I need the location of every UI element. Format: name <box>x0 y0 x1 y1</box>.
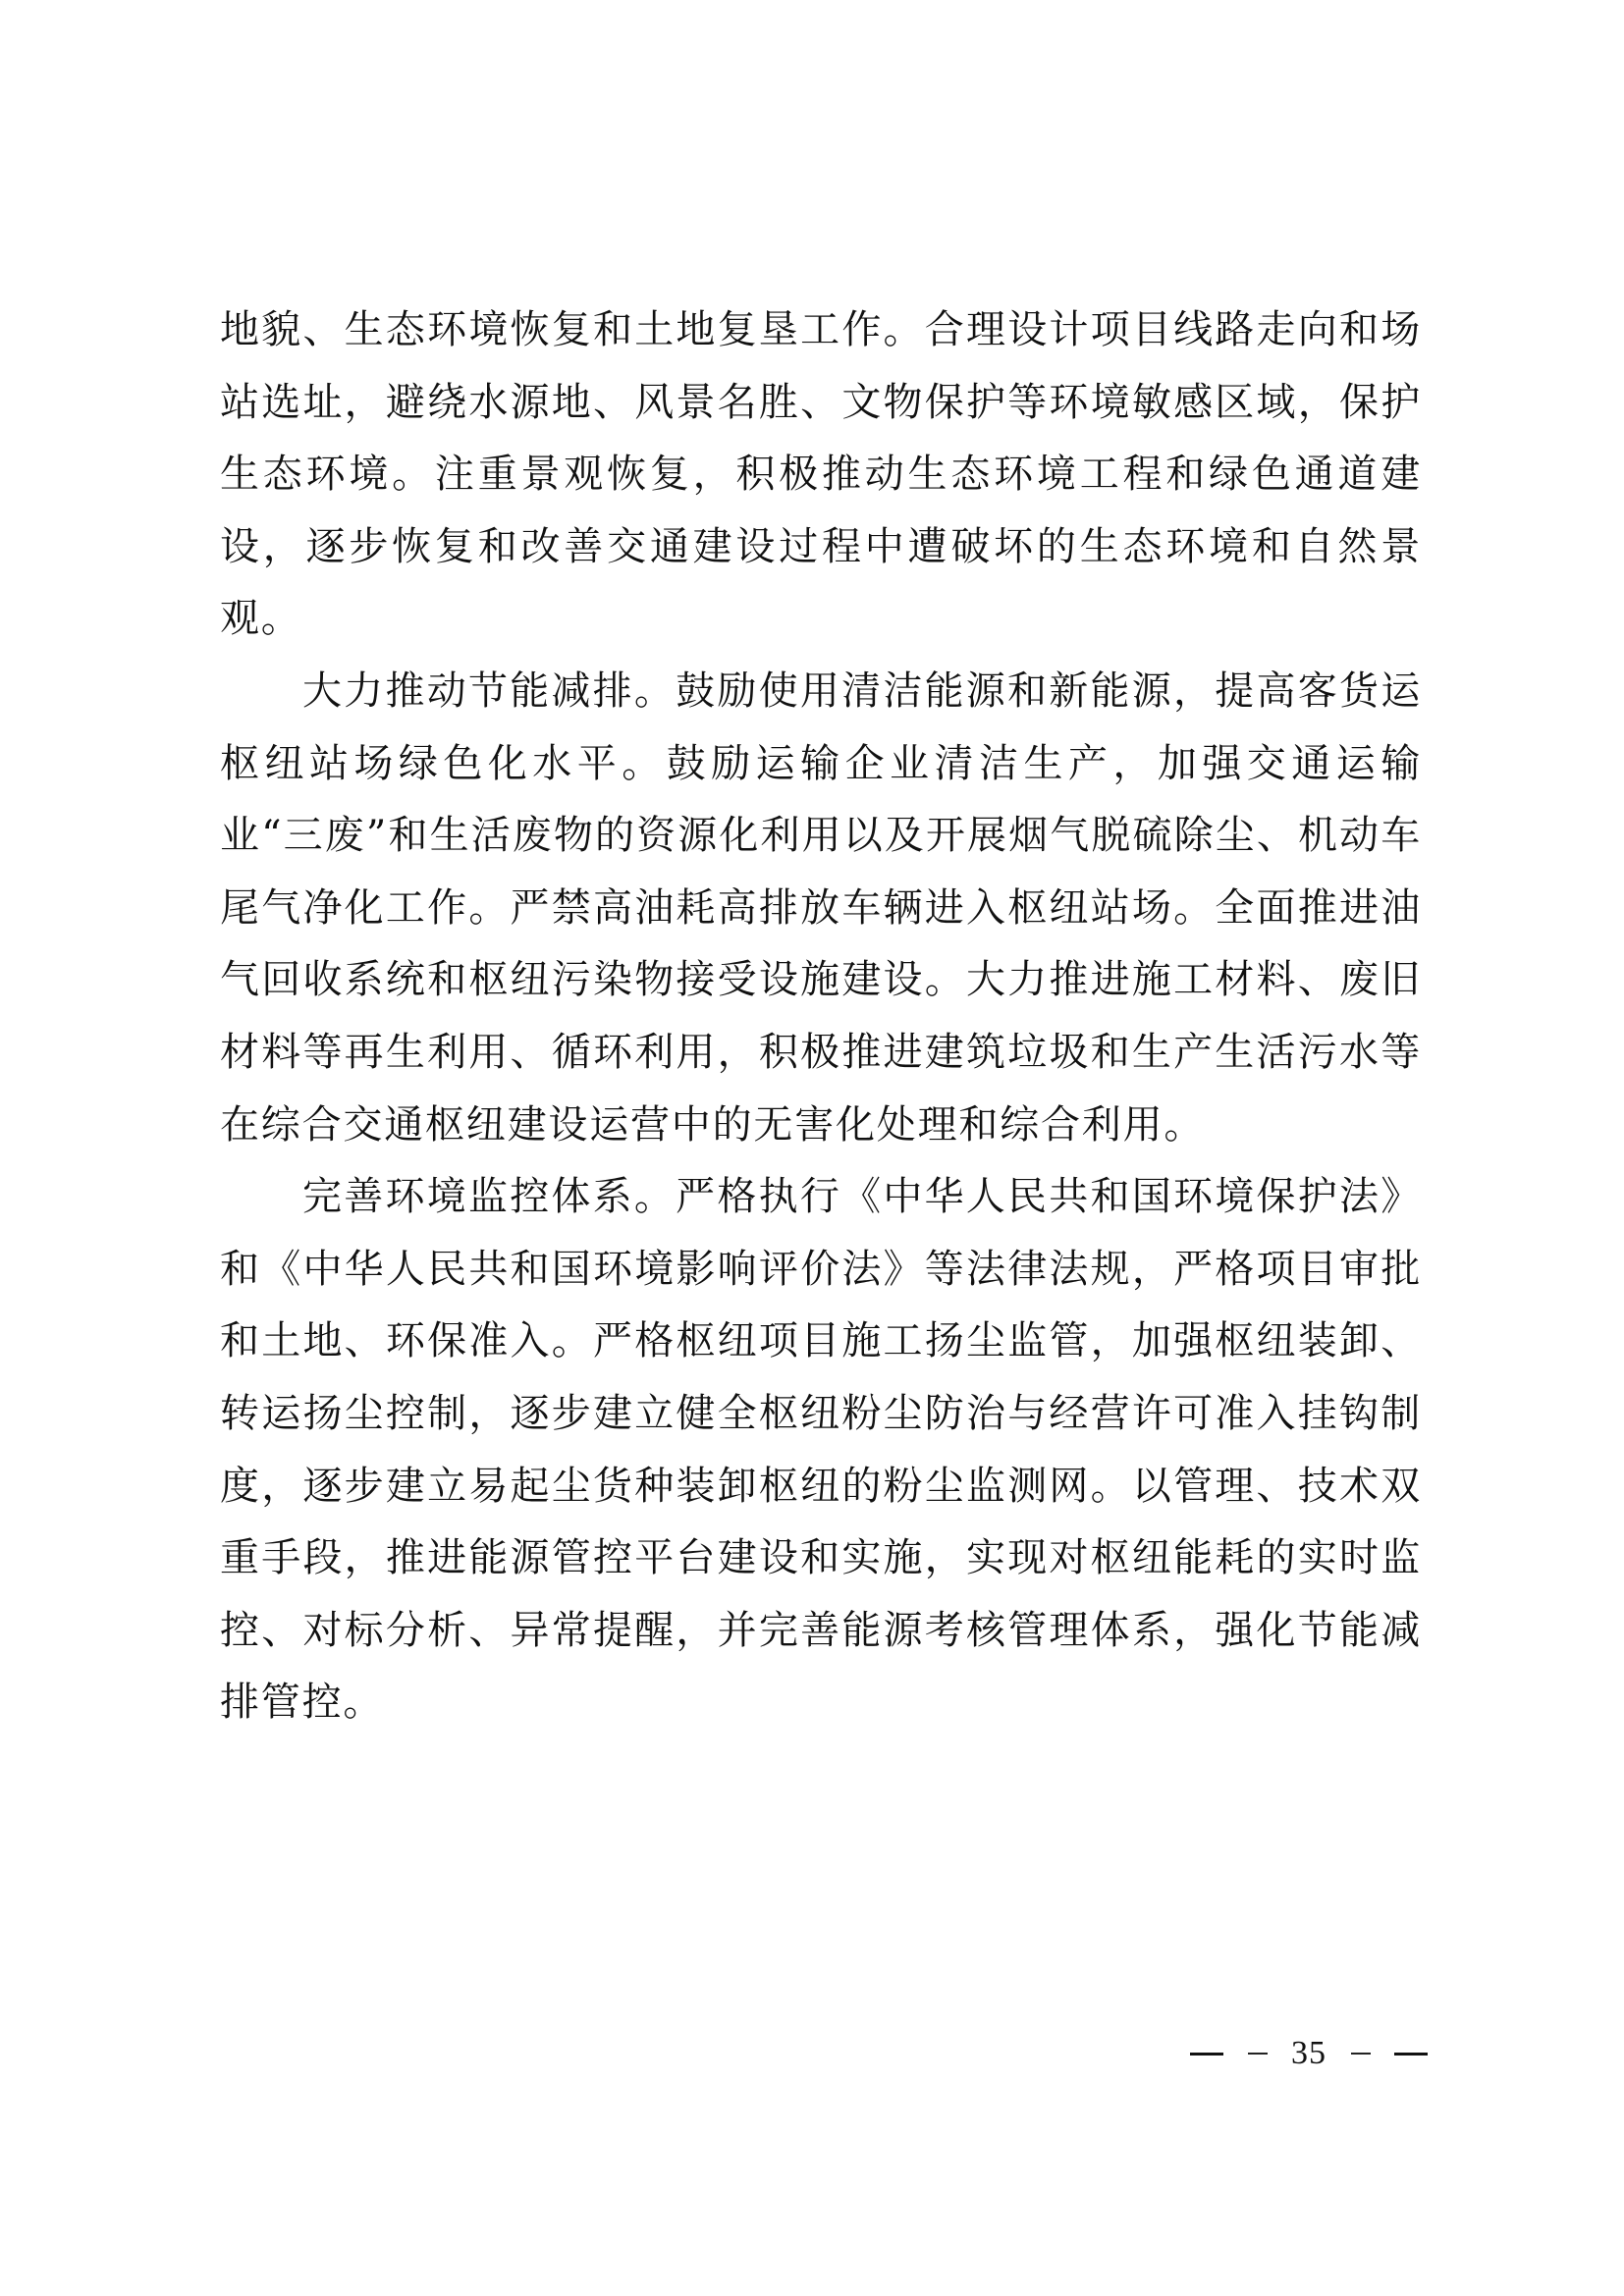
decorative-dash-left-long <box>1190 2053 1223 2056</box>
paragraph-energy-saving: 大力推动节能减排。鼓励使用清洁能源和新能源，提高客货运枢纽站场绿色化水平。鼓励运… <box>220 656 1422 1161</box>
page-number-footer: 35 <box>1190 2034 1428 2073</box>
page-number: 35 <box>1291 2034 1326 2073</box>
body-text: 地貌、生态环境恢复和土地复垦工作。合理设计项目线路走向和场站选址，避绕水源地、风… <box>220 294 1422 1739</box>
paragraph-ecological-restoration: 地貌、生态环境恢复和土地复垦工作。合理设计项目线路走向和场站选址，避绕水源地、风… <box>220 294 1422 656</box>
decorative-dash-right-short <box>1351 2053 1371 2055</box>
paragraph-environmental-monitoring: 完善环境监控体系。严格执行《中华人民共和国环境保护法》和《中华人民共和国环境影响… <box>220 1161 1422 1739</box>
document-page: 地貌、生态环境恢复和土地复垦工作。合理设计项目线路走向和场站选址，避绕水源地、风… <box>0 0 1624 2296</box>
decorative-dash-right-long <box>1394 2053 1428 2056</box>
decorative-dash-left-short <box>1248 2053 1268 2055</box>
